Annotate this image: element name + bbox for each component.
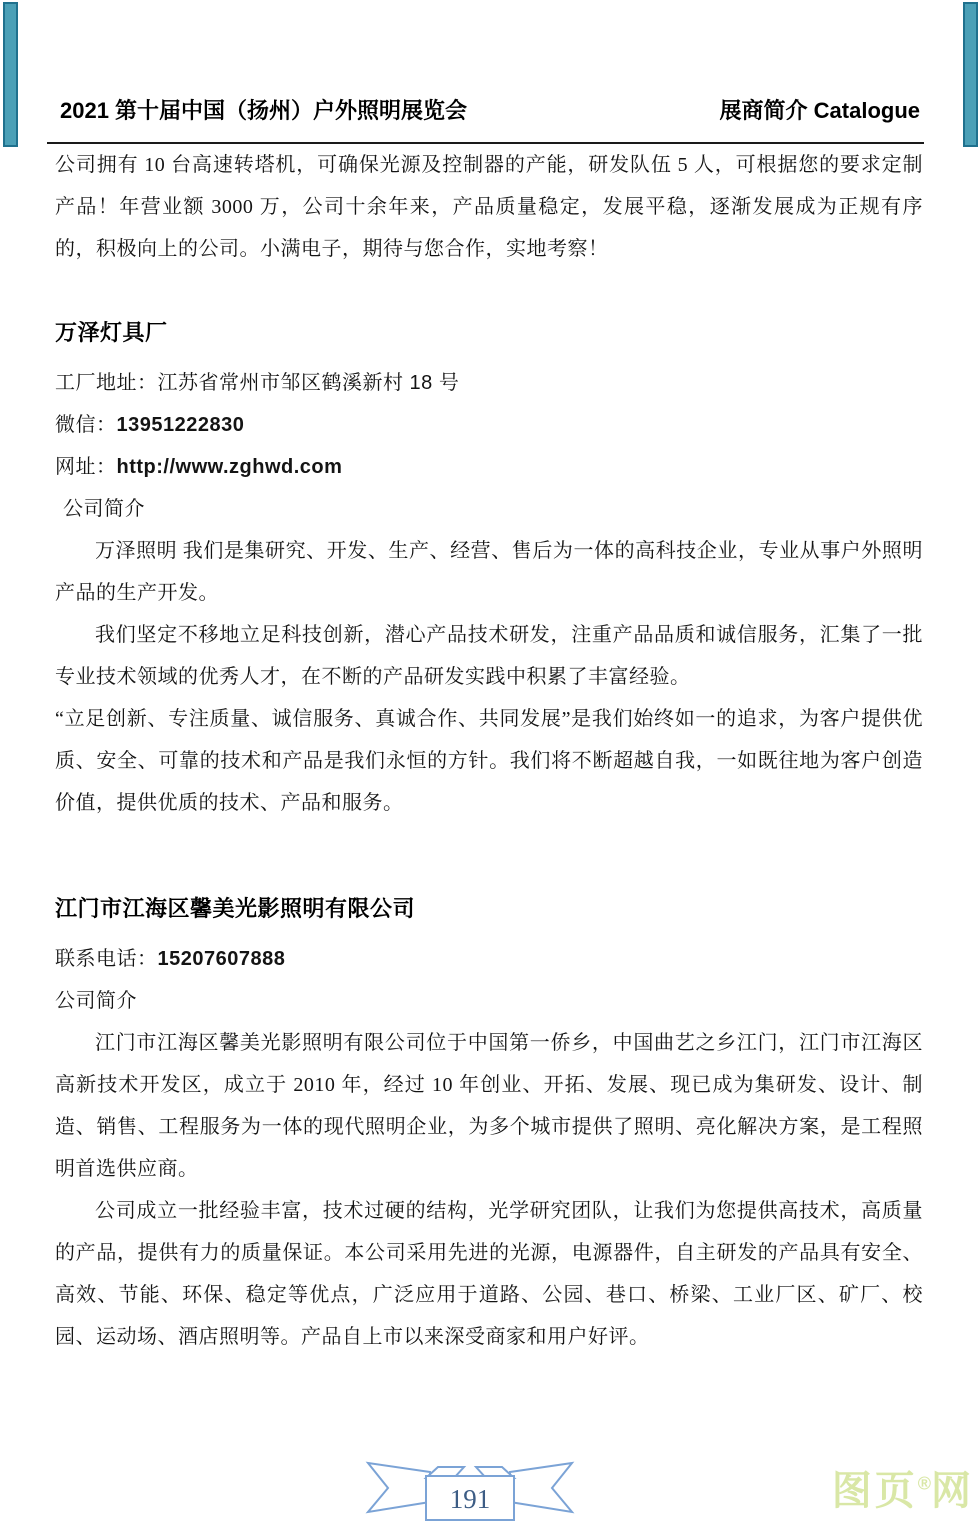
- page-body: 公司拥有 10 台高速转塔机，可确保光源及控制器的产能，研发队伍 5 人，可根据…: [0, 144, 980, 1358]
- company-info-block: 工厂地址：江苏省常州市邹区鹤溪新村 18 号 微信：13951222830 网址…: [55, 362, 923, 530]
- intro-paragraph: 公司拥有 10 台高速转塔机，可确保光源及控制器的产能，研发队伍 5 人，可根据…: [55, 144, 923, 270]
- factory-address-value: 江苏省常州市邹区鹤溪新村 18 号: [158, 372, 460, 394]
- profile-label: 公司简介: [55, 980, 923, 1022]
- page-header: 2021 第十届中国（扬州）户外照明展览会 展商简介 Catalogue: [0, 0, 980, 126]
- company-paragraph: “立足创新、专注质量、诚信服务、真诚合作、共同发展”是我们始终如一的追求，为客户…: [55, 698, 923, 824]
- page-number: 191: [450, 1484, 491, 1514]
- company-section-xinmei: 江门市江海区馨美光影照明有限公司 联系电话：15207607888 公司简介 江…: [55, 894, 923, 1358]
- watermark-tuyewang: 图页®网: [832, 1471, 974, 1511]
- wechat-label: 微信：: [55, 414, 117, 436]
- website-line: 网址：http://www.zghwd.com: [55, 446, 923, 488]
- factory-address-line: 工厂地址：江苏省常州市邹区鹤溪新村 18 号: [55, 362, 923, 404]
- website-value: http://www.zghwd.com: [117, 456, 343, 478]
- company-paragraph: 公司成立一批经验丰富，技术过硬的结构，光学研究团队，让我们为您提供高技术，高质量…: [55, 1190, 923, 1358]
- ribbon-right-tail: [510, 1463, 572, 1512]
- company-name-wanze: 万泽灯具厂: [55, 318, 923, 348]
- watermark-text-left: 图页: [832, 1469, 918, 1513]
- ribbon-left-tail: [368, 1463, 430, 1512]
- wechat-line: 微信：13951222830: [55, 404, 923, 446]
- right-accent-bar: [963, 2, 978, 147]
- website-label: 网址：: [55, 456, 117, 478]
- page-number-ribbon: 191: [364, 1458, 576, 1522]
- watermark-text-right: 网: [931, 1469, 974, 1513]
- phone-value: 15207607888: [158, 948, 286, 970]
- factory-address-label: 工厂地址：: [55, 372, 158, 394]
- phone-label: 联系电话：: [55, 948, 158, 970]
- company-section-wanze: 万泽灯具厂 工厂地址：江苏省常州市邹区鹤溪新村 18 号 微信：13951222…: [55, 318, 923, 824]
- profile-label: 公司简介: [55, 488, 923, 530]
- registered-mark-icon: ®: [918, 1474, 931, 1494]
- header-right-title: 展商简介 Catalogue: [720, 96, 920, 126]
- wechat-value: 13951222830: [117, 414, 245, 436]
- company-paragraph: 万泽照明 我们是集研究、开发、生产、经营、售后为一体的高科技企业，专业从事户外照…: [55, 530, 923, 614]
- company-info-block: 联系电话：15207607888 公司简介: [55, 938, 923, 1022]
- phone-line: 联系电话：15207607888: [55, 938, 923, 980]
- company-paragraph: 我们坚定不移地立足科技创新，潜心产品技术研发，注重产品品质和诚信服务，汇集了一批…: [55, 614, 923, 698]
- catalogue-page: 2021 第十届中国（扬州）户外照明展览会 展商简介 Catalogue 公司拥…: [0, 0, 980, 1523]
- company-name-xinmei: 江门市江海区馨美光影照明有限公司: [55, 894, 923, 924]
- header-left-title: 2021 第十届中国（扬州）户外照明展览会: [60, 96, 467, 126]
- left-accent-bar: [3, 2, 18, 147]
- company-paragraph: 江门市江海区馨美光影照明有限公司位于中国第一侨乡，中国曲艺之乡江门，江门市江海区…: [55, 1022, 923, 1190]
